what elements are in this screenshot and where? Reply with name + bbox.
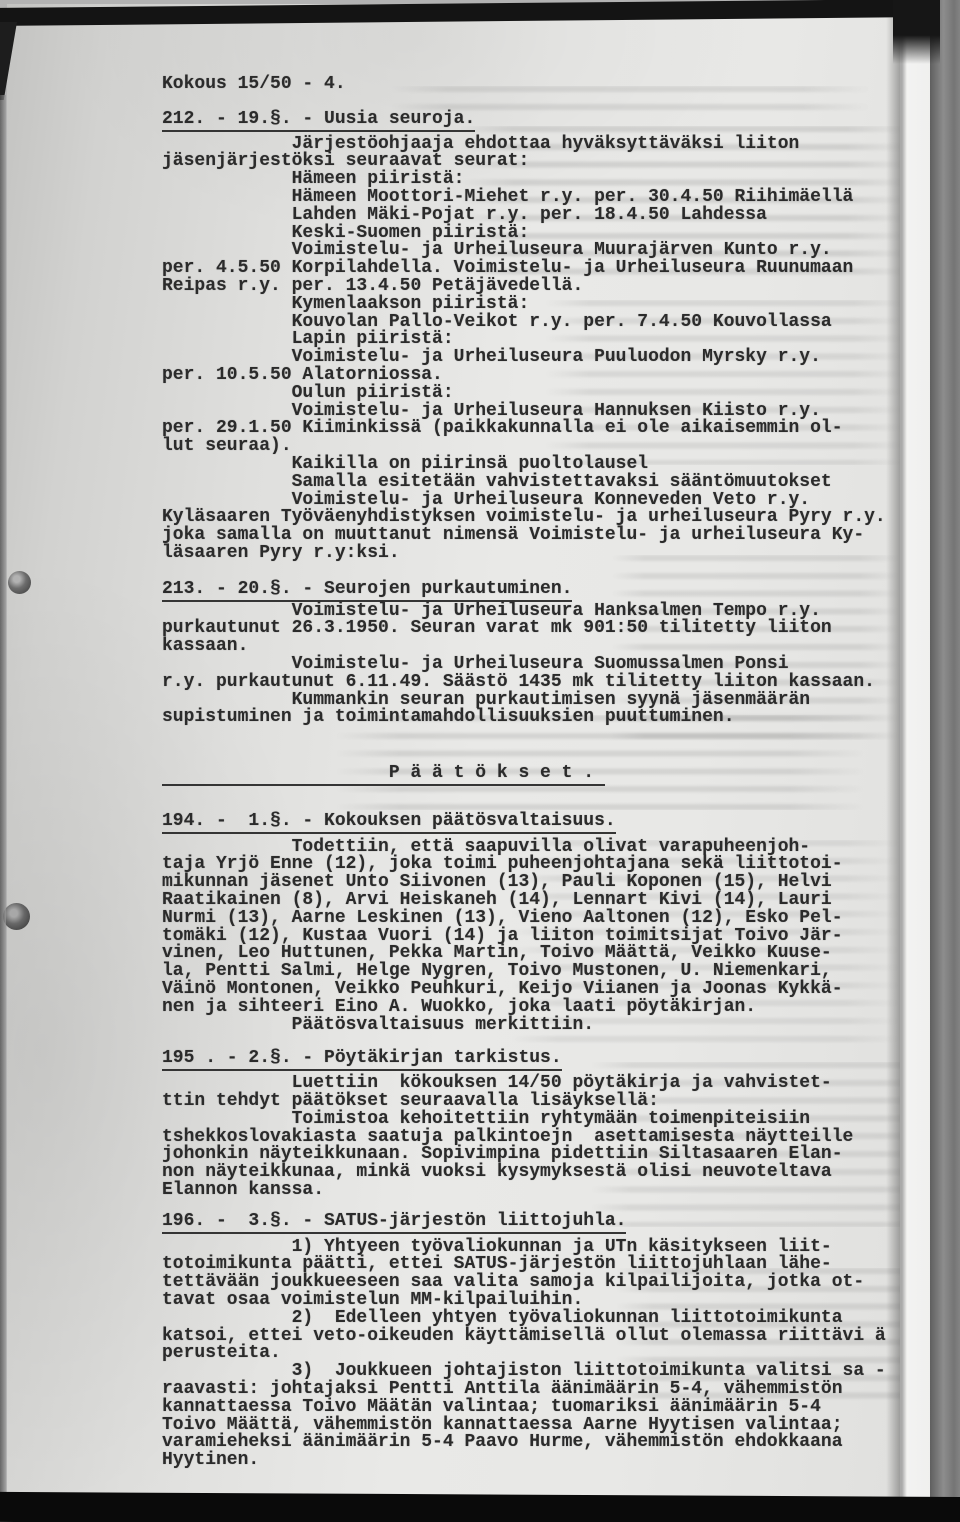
text-line: Lahden Mäki-Pojat r.y. per. 18.4.50 Lahd… [162,207,932,225]
underlying-page-edge [900,18,930,1506]
heading-text: P ä ä t ö k s e t . [162,763,605,786]
text-line: supistuminen ja toimintamahdollisuuksien… [162,709,932,727]
section-heading-196: 196. - 3.§. - SATUS-järjestön liittojuhl… [162,1213,932,1231]
punch-hole [3,903,30,930]
text-line: Kymenlaakson piiristä: [162,296,932,314]
text-line: kannattaessa Toivo Määtän valintaa; tuom… [162,1399,932,1417]
document-text: Kokous 15/50 - 4.212. - 19.§. - Uusia se… [162,76,932,1470]
heading-text: 194. - 1.§. - Kokouksen päätösvaltaisuus… [162,811,616,834]
text-line: r.y. purkautunut 6.11.49. Säästö 1435 mk… [162,674,932,692]
text-line: Nurmi (13), Aarne Leskinen (13), Vieno A… [162,910,932,928]
page-header: Kokous 15/50 - 4. [162,76,932,94]
text-line: Päätösvaltaisuus merkittiin. [162,1017,932,1035]
punch-hole [8,571,31,594]
text-line: 2) Edelleen yhtyen työvaliokunnan liitto… [162,1310,932,1328]
text-line: varamieheksi äänimäärin 5-4 Paavo Hurme,… [162,1434,932,1452]
section-heading-213: 213. - 20.§. - Seurojen purkautuminen. [162,581,932,599]
heading-text: 213. - 20.§. - Seurojen purkautuminen. [162,579,572,602]
decisions-heading: P ä ä t ö k s e t . [162,765,932,783]
scan-edge-right [930,0,960,1522]
heading-text: 195 . - 2.§. - Pöytäkirjan tarkistus. [162,1048,562,1071]
text-line: Hyytinen. [162,1452,932,1470]
section-heading-195: 195 . - 2.§. - Pöytäkirjan tarkistus. [162,1050,932,1068]
text-line: Samalla esitetään vahvistettavaksi säänt… [162,474,932,492]
text-line: Elannon kanssa. [162,1182,932,1200]
text-line: Oulun piiristä: [162,385,932,403]
text-line: nen ja sihteeri Eino A. Wuokko, joka laa… [162,999,932,1017]
heading-text: 212. - 19.§. - Uusia seuroja. [162,109,475,132]
heading-text: 196. - 3.§. - SATUS-järjestön liittojuhl… [162,1211,626,1234]
text-line: Toimistoa kehoitettiin ryhtymään toimenp… [162,1111,932,1129]
text-line: läsaaren Pyry r.y:ksi. [162,545,932,563]
text-line: purkautunut 26.3.1950. Seuran varat mk 9… [162,620,932,638]
scan-edge-left [0,95,6,1500]
scan-edge-corner [893,0,940,64]
scan-edge-bottom [0,1492,960,1522]
section-heading-194: 194. - 1.§. - Kokouksen päätösvaltaisuus… [162,813,932,831]
section-heading-212: 212. - 19.§. - Uusia seuroja. [162,111,932,129]
